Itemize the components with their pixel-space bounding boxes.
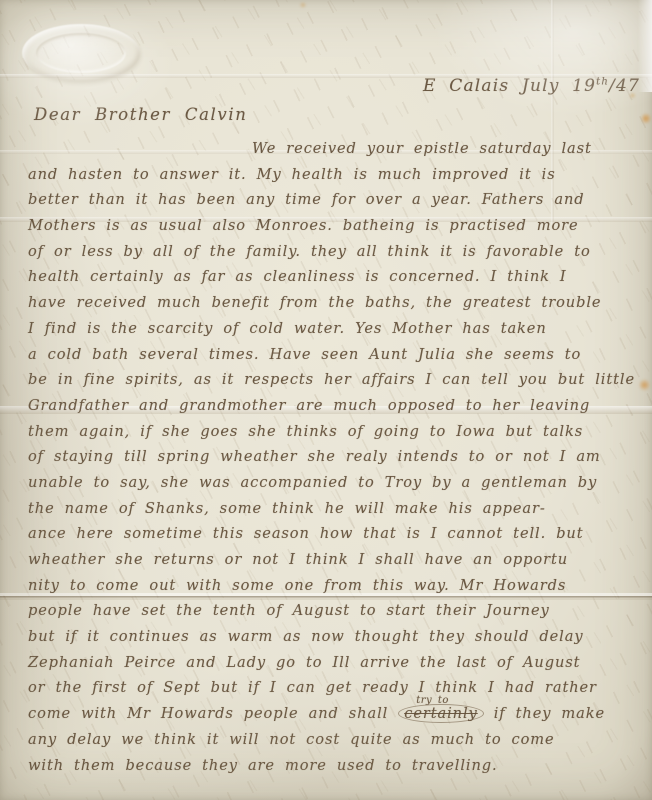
letter-line: have received much benefit from the bath… [28,290,640,316]
letter-line: the name of Shanks, some think he will m… [28,496,640,522]
letter-line: better than it has been any time for ove… [28,187,640,213]
letter-body: We received your epistle saturday last a… [28,136,640,778]
letter-line: and hasten to answer it. My health is mu… [28,162,640,188]
letter-line: I find is the scarcity of cold water. Ye… [28,316,640,342]
letter-line: Mothers is as usual also Monroes. bathei… [28,213,640,239]
letter-line: wheather she returns or not I think I sh… [28,547,640,573]
amendment: certainlytry to [398,701,483,727]
letter-line-amended: come with Mr Howards people and shall ce… [28,701,640,727]
dateline-year: /47 [609,76,640,96]
letter-line: nity to come out with some one from this… [28,573,640,599]
foxing-stain [299,2,307,8]
dateline-place-date: E Calais July 19 [423,76,596,96]
foxing-stain [639,378,650,392]
letter-line: Grandfather and grandmother are much opp… [28,393,640,419]
dateline-ordinal: th [596,76,609,87]
salutation: Dear Brother Calvin [34,105,247,124]
embossed-seal-icon [22,24,140,82]
letter-line: people have set the tenth of August to s… [28,598,640,624]
letter-line: health certainly as far as cleanliness i… [28,264,640,290]
letter-line: of staying till spring wheather she real… [28,444,640,470]
letter-line: unable to say, she was accompanied to Tr… [28,470,640,496]
letter-line: or the first of Sept but if I can get re… [28,675,640,701]
letter-line: ance here sometime this season how that … [28,521,640,547]
letter-line: with them because they are more used to … [28,753,640,779]
torn-edge-highlight [638,0,652,92]
letter-line: them again, if she goes she thinks of go… [28,419,640,445]
letter-line: be in fine spirits, as it respects her a… [28,367,640,393]
amended-line-prefix: come with Mr Howards people and shall [28,705,398,722]
amended-line-suffix: if they make [484,705,605,722]
letter-line: a cold bath several times. Have seen Aun… [28,342,640,368]
letter-line: We received your epistle saturday last [28,136,640,162]
dateline: E Calais July 19th/47 [423,76,640,96]
letter-line: of or less by all of the family. they al… [28,239,640,265]
letter-line: but if it continues as warm as now thoug… [28,624,640,650]
inserted-word: try to [416,688,449,714]
letter-line: any delay we think it will not cost quit… [28,727,640,753]
letter-line: Zephaniah Peirce and Lady go to Ill arri… [28,650,640,676]
letter-scan-page: E Calais July 19th/47 Dear Brother Calvi… [0,0,652,800]
foxing-stain [641,112,651,125]
